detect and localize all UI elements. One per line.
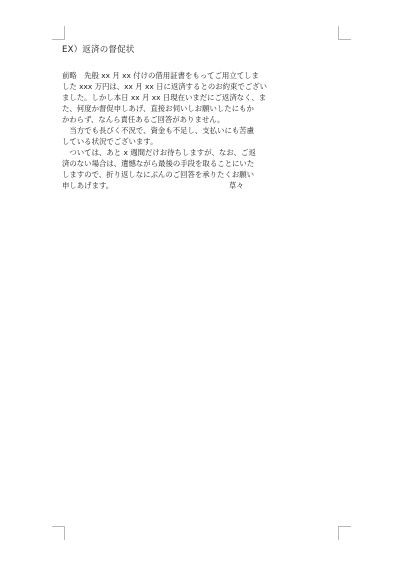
letter-last-line: 申しあげます。 草々 — [62, 180, 274, 191]
letter-body: 前略 先般 xx 月 xx 付けの借用証書をもってご用立てしま した xxx 万… — [62, 70, 274, 191]
letter-line: しますので、折り返しなにぶんのご回答を承りたくお願い — [62, 169, 274, 180]
letter-line: かわらず、なんら責任あるご回答がありません。 — [62, 114, 274, 125]
crop-mark-bottom-right — [338, 526, 351, 540]
closing-word: 草々 — [229, 180, 244, 191]
letter-line: ました。しかし本日 xx 月 xx 日現在いまだにご返済なく、ま — [62, 92, 274, 103]
letter-line: 済のない場合は、遺憾ながら最後の手段を取ることにいた — [62, 158, 274, 169]
crop-mark-top-left — [52, 26, 65, 40]
crop-mark-bottom-left — [52, 526, 65, 540]
letter-line: 申しあげます。 — [62, 181, 113, 190]
letter-line: 前略 先般 xx 月 xx 付けの借用証書をもってご用立てしま — [62, 70, 274, 81]
letter-line: している状況でございます。 — [62, 136, 274, 147]
letter-line: ついては、あと x 週間だけお待ちしますが、なお、ご返 — [62, 147, 274, 158]
crop-mark-top-right — [338, 26, 351, 40]
letter-line: した xxx 万円は、xx 月 xx 日に返済するとのお約束でござい — [62, 81, 274, 92]
document-page: EX）返済の督促状 前略 先般 xx 月 xx 付けの借用証書をもってご用立てし… — [0, 0, 400, 565]
letter-line: 当方でも長びく不況で、資金も不足し、支払いにも苦慮 — [62, 125, 274, 136]
document-title: EX）返済の督促状 — [62, 43, 135, 55]
letter-line: た、何度か督促申しあげ、直接お伺いしお願いしたにもか — [62, 103, 274, 114]
